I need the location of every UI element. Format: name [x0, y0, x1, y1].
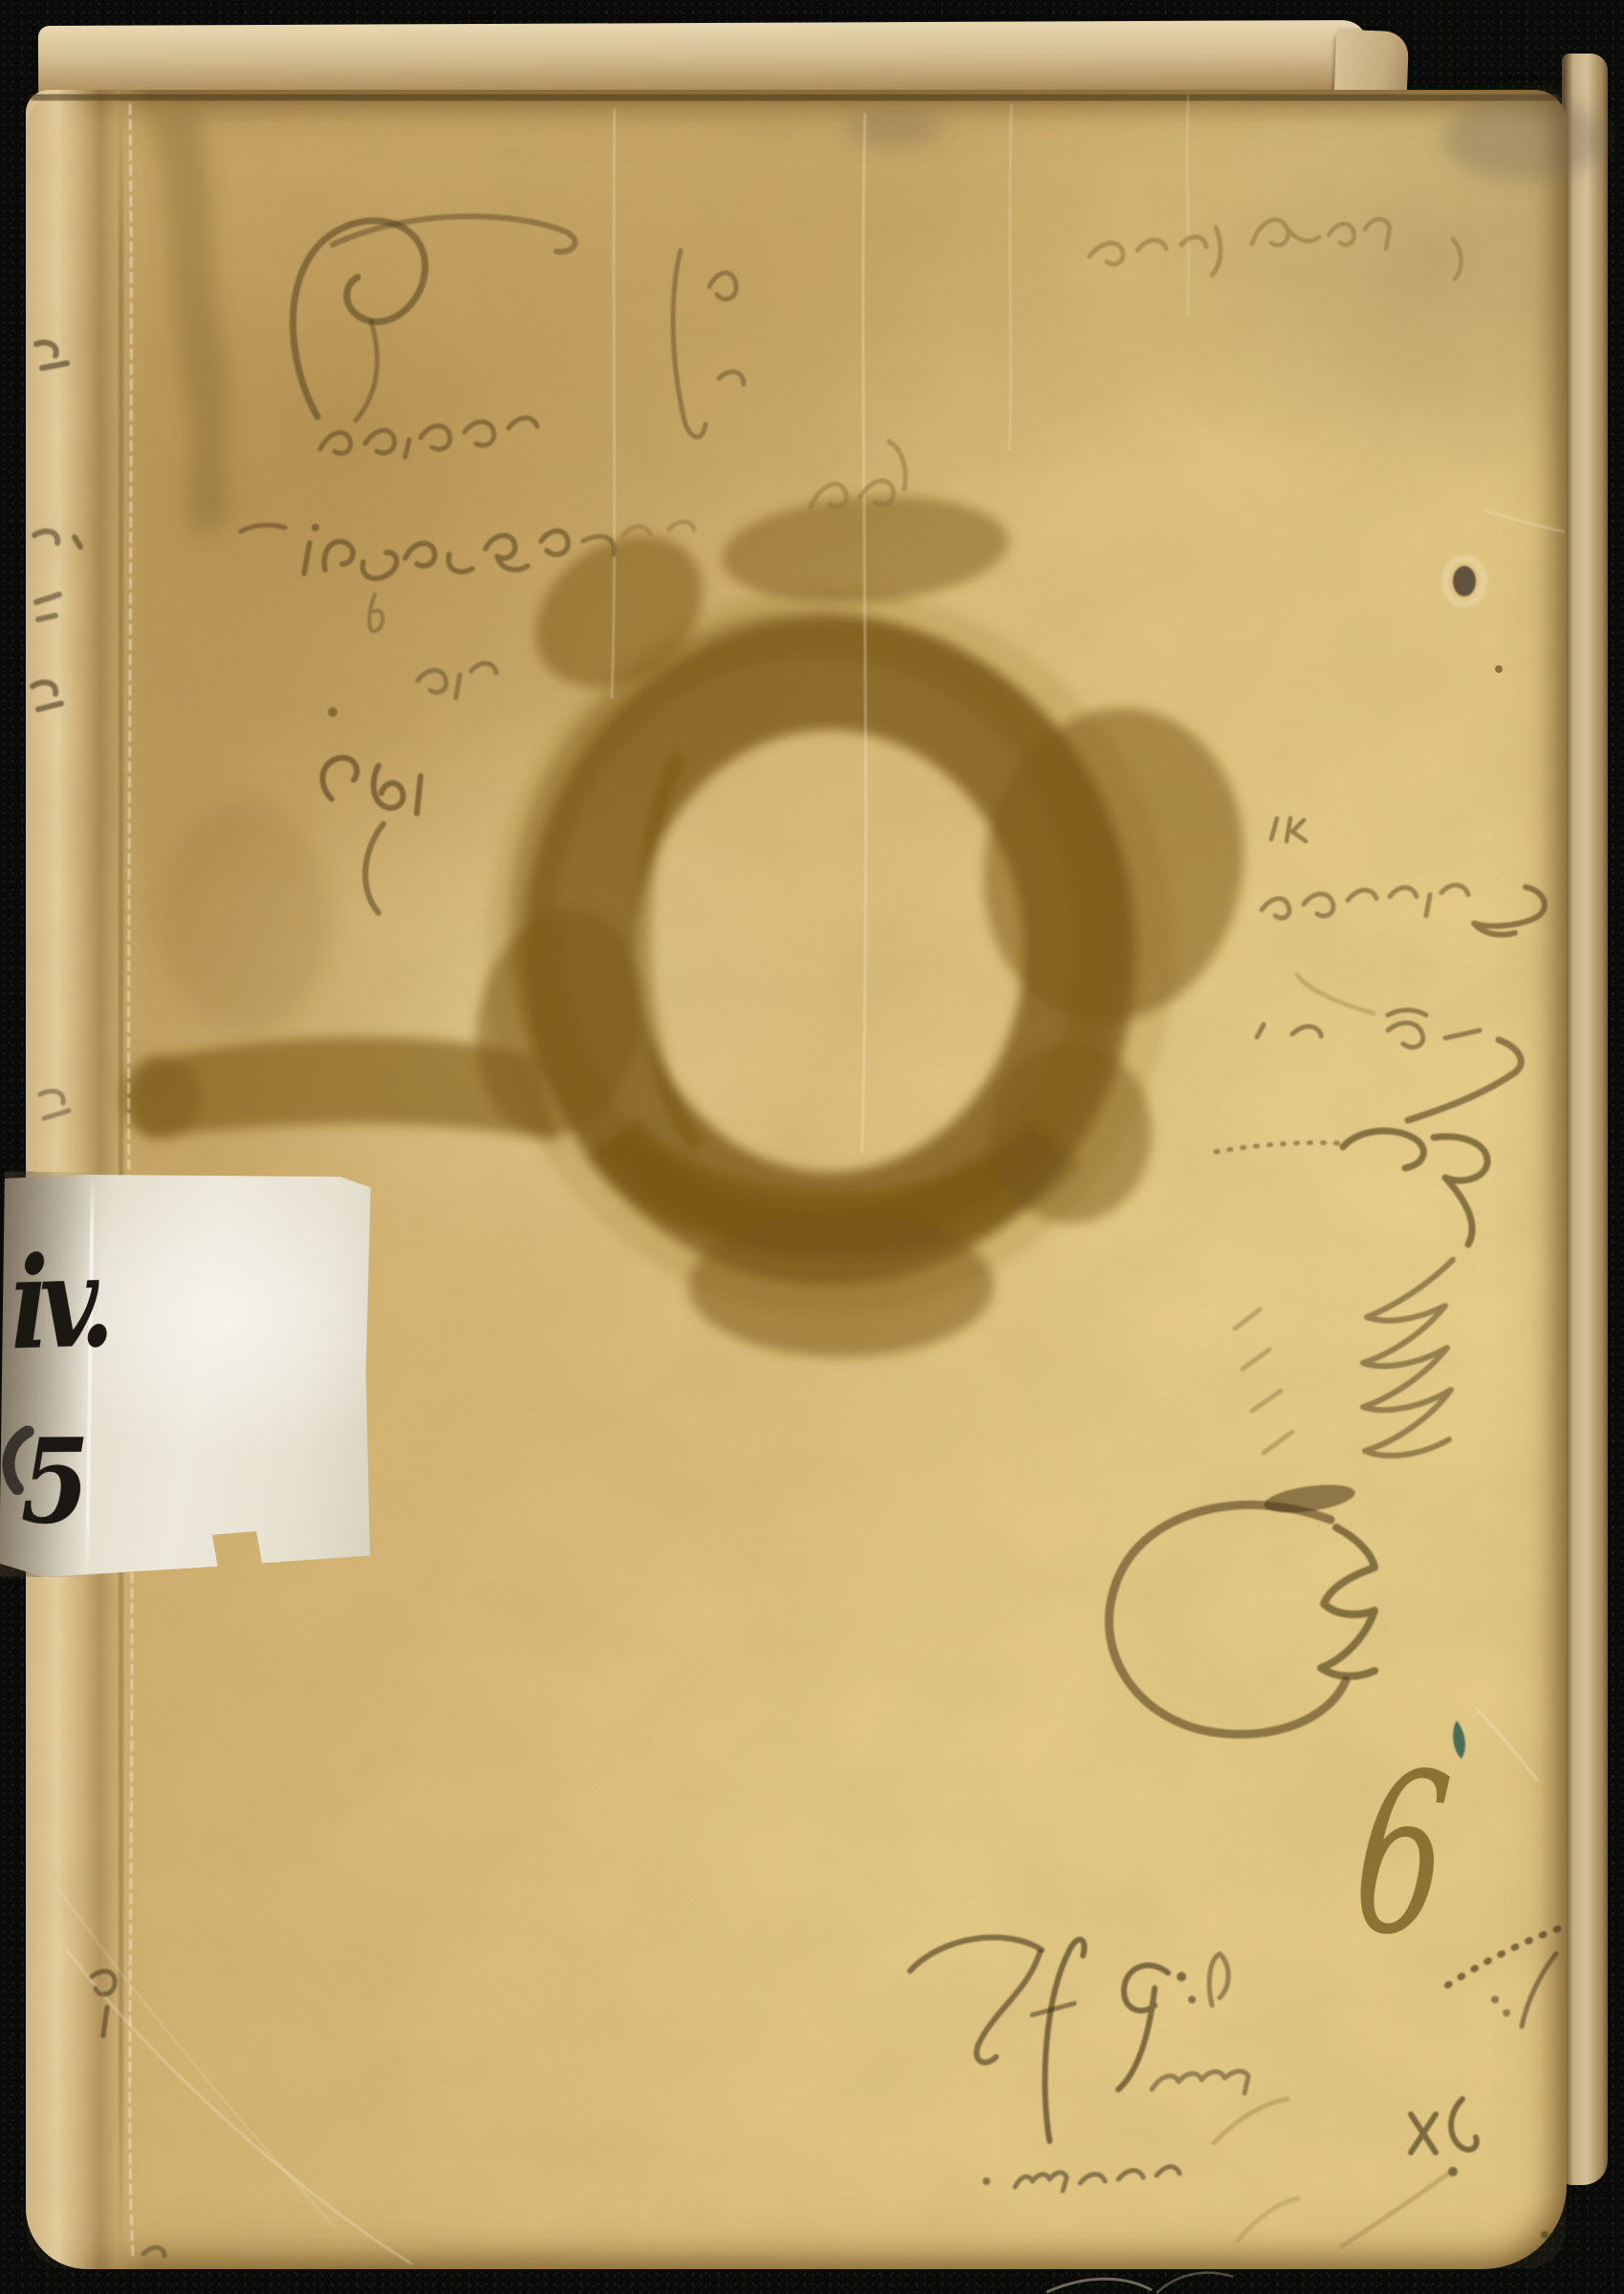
shelf-label: iv. 5: [0, 1171, 378, 1581]
photo-stage: 6: [0, 0, 1624, 2294]
shelf-label-partial-digit: [0, 1425, 35, 1512]
cover-artwork-overlay: 6: [0, 0, 1624, 2294]
loose-threads: [1047, 2273, 1233, 2293]
shelf-label-line1: iv.: [10, 1227, 106, 1378]
top-groove: [31, 96, 1558, 99]
